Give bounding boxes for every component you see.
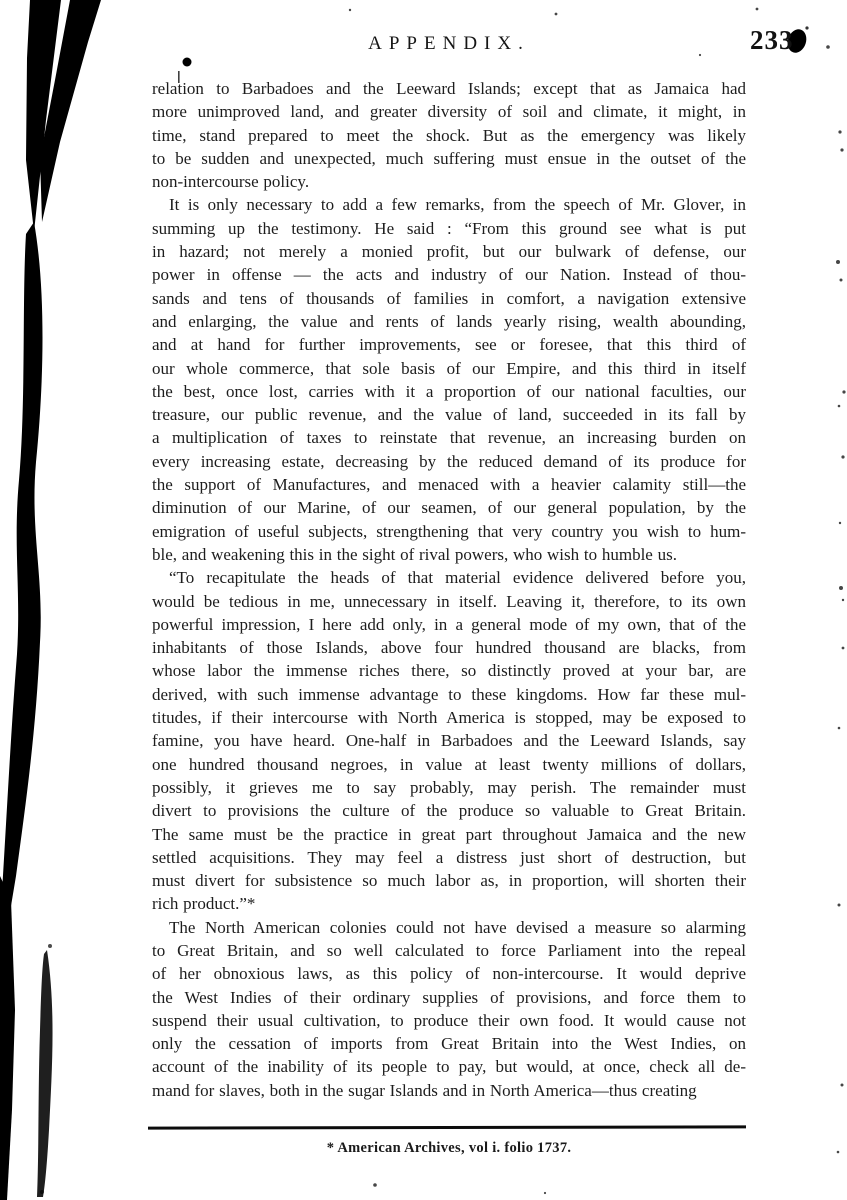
text-line: mand for slaves, both in the sugar Islan…	[152, 1079, 746, 1102]
text-line: the West Indies of their ordinary suppli…	[152, 986, 746, 1009]
text-line: every increasing estate, decreasing by t…	[152, 450, 746, 473]
text-line: non-intercourse policy.	[152, 170, 746, 193]
text-line: of her obnoxious laws, as this policy of…	[152, 962, 746, 985]
text-line: power in offense — the acts and industry…	[152, 263, 746, 286]
text-line: inhabitants of those Islands, above four…	[152, 636, 746, 659]
text-line: suspend their usual cultivation, to prod…	[152, 1009, 746, 1032]
text-line: one hundred thousand negroes, in value a…	[152, 753, 746, 776]
text-line: possibly, it grieves me to say probably,…	[152, 776, 746, 799]
text-line: diminution of our Marine, of our seamen,…	[152, 496, 746, 519]
text-line: whose labor the immense riches there, so…	[152, 659, 746, 682]
text-line: time, stand prepared to meet the shock. …	[152, 124, 746, 147]
ink-blot-top-left	[26, 0, 61, 232]
text-line: It is only necessary to add a few remark…	[152, 193, 746, 216]
book-page: APPENDIX. 233 relation to Barbadoes and …	[0, 0, 847, 1200]
paragraph: “To recapitulate the heads of that mater…	[152, 566, 746, 915]
text-line: treasure, our public revenue, and the va…	[152, 403, 746, 426]
ink-blot-top-diagonal	[40, 0, 101, 222]
paragraph: The North American colonies could not ha…	[152, 916, 746, 1102]
ink-streak-mid	[2, 222, 43, 906]
text-line: account of the inability of its people t…	[152, 1055, 746, 1078]
text-line: relation to Barbadoes and the Leeward Is…	[152, 77, 746, 100]
text-line: The North American colonies could not ha…	[152, 916, 746, 939]
text-line: to Great Britain, and so well calculated…	[152, 939, 746, 962]
text-line: sands and tens of thousands of families …	[152, 287, 746, 310]
text-line: settled acquisitions. They may feel a di…	[152, 846, 746, 869]
text-line: and at hand for further improvements, se…	[152, 333, 746, 356]
page-number: 233	[750, 25, 810, 56]
text-line: would be tedious in me, unnecessary in i…	[152, 590, 746, 613]
footnote-rule	[148, 1125, 746, 1129]
paragraph: relation to Barbadoes and the Leeward Is…	[152, 77, 746, 193]
text-line: to be sudden and unexpected, much suffer…	[152, 147, 746, 170]
text-line: divert to provisions the culture of the …	[152, 799, 746, 822]
text-line: The same must be the practice in great p…	[152, 823, 746, 846]
text-line: the best, once lost, carries with it a p…	[152, 380, 746, 403]
text-line: emigration of useful subjects, strengthe…	[152, 520, 746, 543]
body-text: relation to Barbadoes and the Leeward Is…	[152, 77, 746, 1102]
text-line: only the cessation of imports from Great…	[152, 1032, 746, 1055]
text-line: must divert for subsistence so much labo…	[152, 869, 746, 892]
text-line: our whole commerce, that sole basis of o…	[152, 357, 746, 380]
text-line: rich product.”*	[152, 892, 746, 915]
text-line: and enlarging, the value and rents of la…	[152, 310, 746, 333]
running-title: APPENDIX.	[152, 33, 746, 55]
text-line: the support of Manufactures, and menaced…	[152, 473, 746, 496]
footnote: * American Archives, vol i. folio 1737.	[152, 1140, 746, 1157]
text-line: more unimproved land, and greater divers…	[152, 100, 746, 123]
text-line: in hazard; not merely a monied profit, b…	[152, 240, 746, 263]
paragraph: It is only necessary to add a few remark…	[152, 193, 746, 566]
text-line: powerful impression, I here add only, in…	[152, 613, 746, 636]
text-line: titudes, if their intercourse with North…	[152, 706, 746, 729]
ink-bar-bottom-left	[0, 876, 15, 1200]
text-line: a multiplication of taxes to reinstate t…	[152, 426, 746, 449]
text-line: derived, with such immense advantage to …	[152, 683, 746, 706]
text-line: famine, you have heard. One-half in Barb…	[152, 729, 746, 752]
ink-dot-header	[183, 58, 192, 67]
text-line: ble, and weakening this in the sight of …	[152, 543, 746, 566]
text-line: summing up the testimony. He said : “Fro…	[152, 217, 746, 240]
text-line: “To recapitulate the heads of that mater…	[152, 566, 746, 589]
ink-streak-bottom	[37, 950, 53, 1197]
